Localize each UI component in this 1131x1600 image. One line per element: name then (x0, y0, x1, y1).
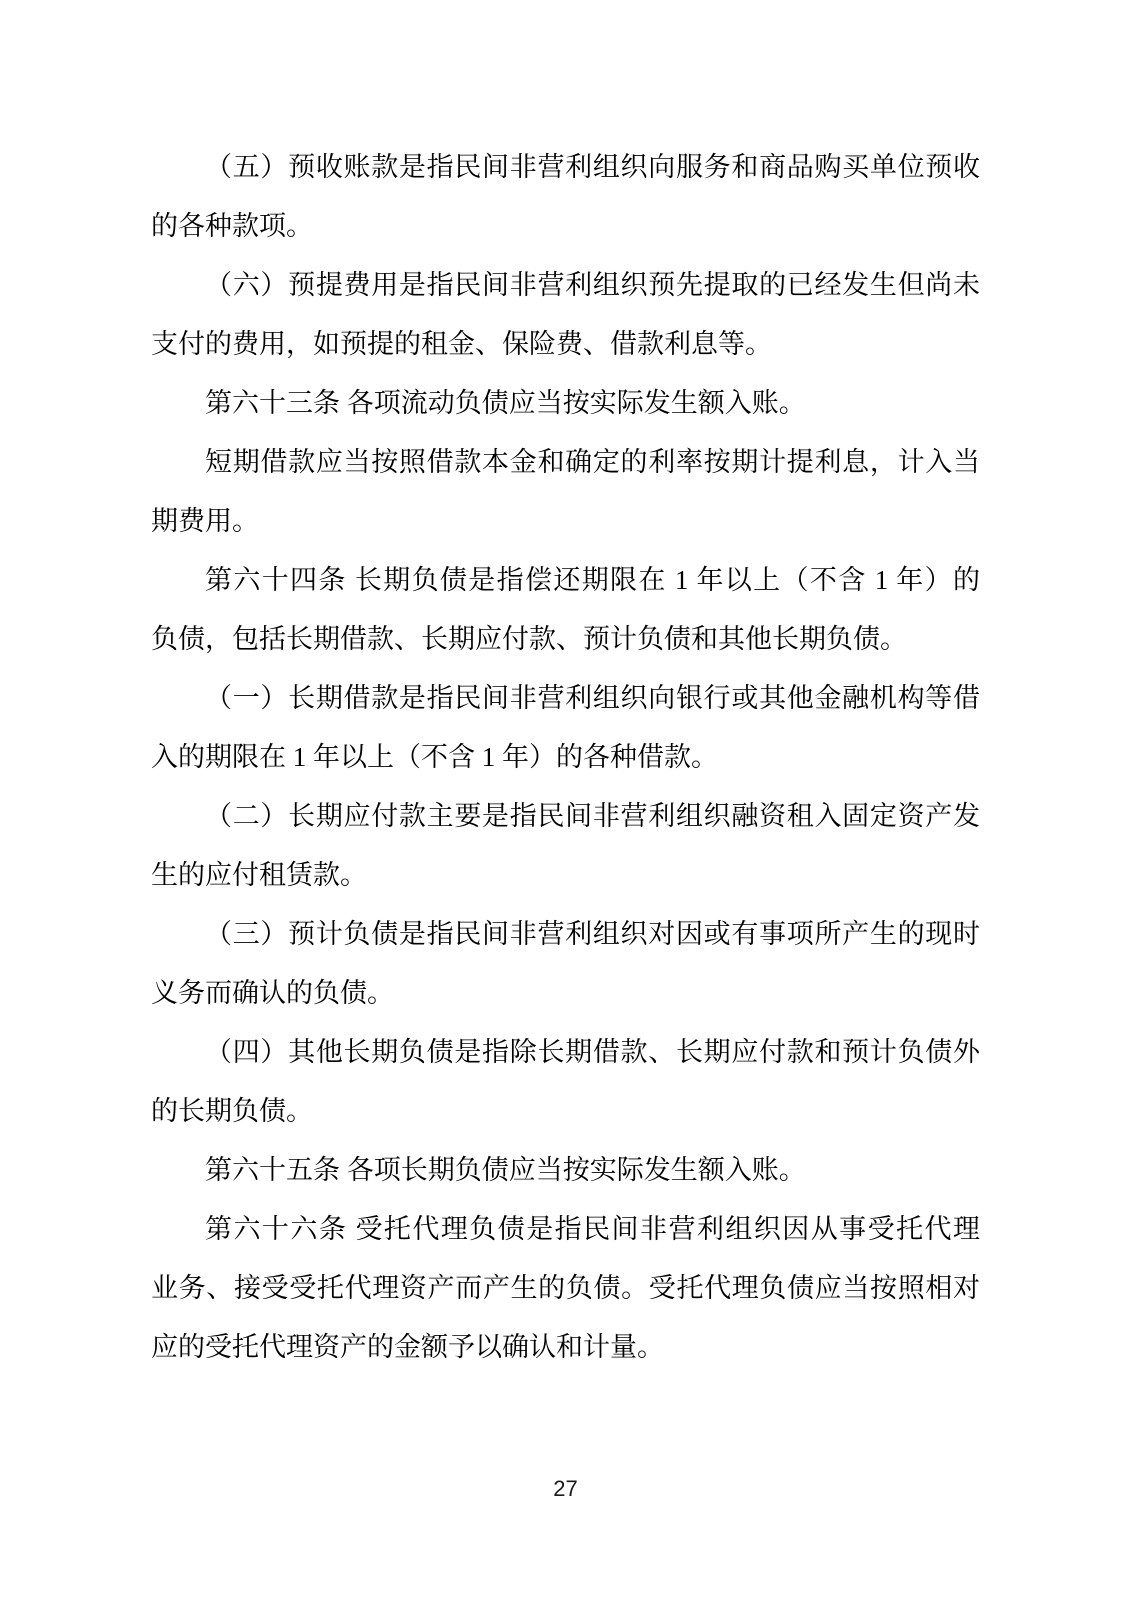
text-line: 义务而确认的负债。 (151, 964, 980, 1023)
paragraph: （五）预收账款是指民间非营利组织向服务和商品购买单位预收的各种款项。 (151, 138, 980, 256)
text-line: 入的期限在 1 年以上（不含 1 年）的各种借款。 (151, 728, 980, 787)
text-line: （四）其他长期负债是指除长期借款、长期应付款和预计负债外 (151, 1023, 980, 1082)
text-line: 短期借款应当按照借款本金和确定的利率按期计提利息，计入当 (151, 433, 980, 492)
page-number: 27 (553, 1476, 577, 1501)
text-line: 负债，包括长期借款、长期应付款、预计负债和其他长期负债。 (151, 610, 980, 669)
text-line: 期费用。 (151, 492, 980, 551)
paragraph: 第六十三条 各项流动负债应当按实际发生额入账。 (151, 374, 980, 433)
text-line: 第六十四条 长期负债是指偿还期限在 1 年以上（不含 1 年）的 (151, 551, 980, 610)
text-line: 第六十六条 受托代理负债是指民间非营利组织因从事受托代理 (151, 1200, 980, 1259)
text-line: （六）预提费用是指民间非营利组织预先提取的已经发生但尚未 (151, 256, 980, 315)
paragraph: 第六十六条 受托代理负债是指民间非营利组织因从事受托代理业务、接受受托代理资产而… (151, 1200, 980, 1377)
text-line: （五）预收账款是指民间非营利组织向服务和商品购买单位预收 (151, 138, 980, 197)
paragraph: 短期借款应当按照借款本金和确定的利率按期计提利息，计入当期费用。 (151, 433, 980, 551)
document-page: （五）预收账款是指民间非营利组织向服务和商品购买单位预收的各种款项。（六）预提费… (0, 0, 1131, 1600)
text-line: 第六十五条 各项长期负债应当按实际发生额入账。 (151, 1141, 980, 1200)
text-line: 的各种款项。 (151, 197, 980, 256)
text-line: 的长期负债。 (151, 1082, 980, 1141)
text-line: 业务、接受受托代理资产而产生的负债。受托代理负债应当按照相对 (151, 1259, 980, 1318)
paragraph: 第六十四条 长期负债是指偿还期限在 1 年以上（不含 1 年）的负债，包括长期借… (151, 551, 980, 669)
text-line: 生的应付租赁款。 (151, 846, 980, 905)
text-line: （二）长期应付款主要是指民间非营利组织融资租入固定资产发 (151, 787, 980, 846)
paragraph: 第六十五条 各项长期负债应当按实际发生额入账。 (151, 1141, 980, 1200)
paragraph: （一）长期借款是指民间非营利组织向银行或其他金融机构等借入的期限在 1 年以上（… (151, 669, 980, 787)
text-line: （一）长期借款是指民间非营利组织向银行或其他金融机构等借 (151, 669, 980, 728)
text-line: 第六十三条 各项流动负债应当按实际发生额入账。 (151, 374, 980, 433)
paragraph: （六）预提费用是指民间非营利组织预先提取的已经发生但尚未支付的费用，如预提的租金… (151, 256, 980, 374)
text-line: 支付的费用，如预提的租金、保险费、借款利息等。 (151, 315, 980, 374)
page-footer: 27 (0, 1474, 1131, 1504)
text-line: （三）预计负债是指民间非营利组织对因或有事项所产生的现时 (151, 905, 980, 964)
paragraph: （三）预计负债是指民间非营利组织对因或有事项所产生的现时义务而确认的负债。 (151, 905, 980, 1023)
text-line: 应的受托代理资产的金额予以确认和计量。 (151, 1318, 980, 1377)
paragraph: （二）长期应付款主要是指民间非营利组织融资租入固定资产发生的应付租赁款。 (151, 787, 980, 905)
paragraph: （四）其他长期负债是指除长期借款、长期应付款和预计负债外的长期负债。 (151, 1023, 980, 1141)
document-body: （五）预收账款是指民间非营利组织向服务和商品购买单位预收的各种款项。（六）预提费… (151, 138, 980, 1377)
